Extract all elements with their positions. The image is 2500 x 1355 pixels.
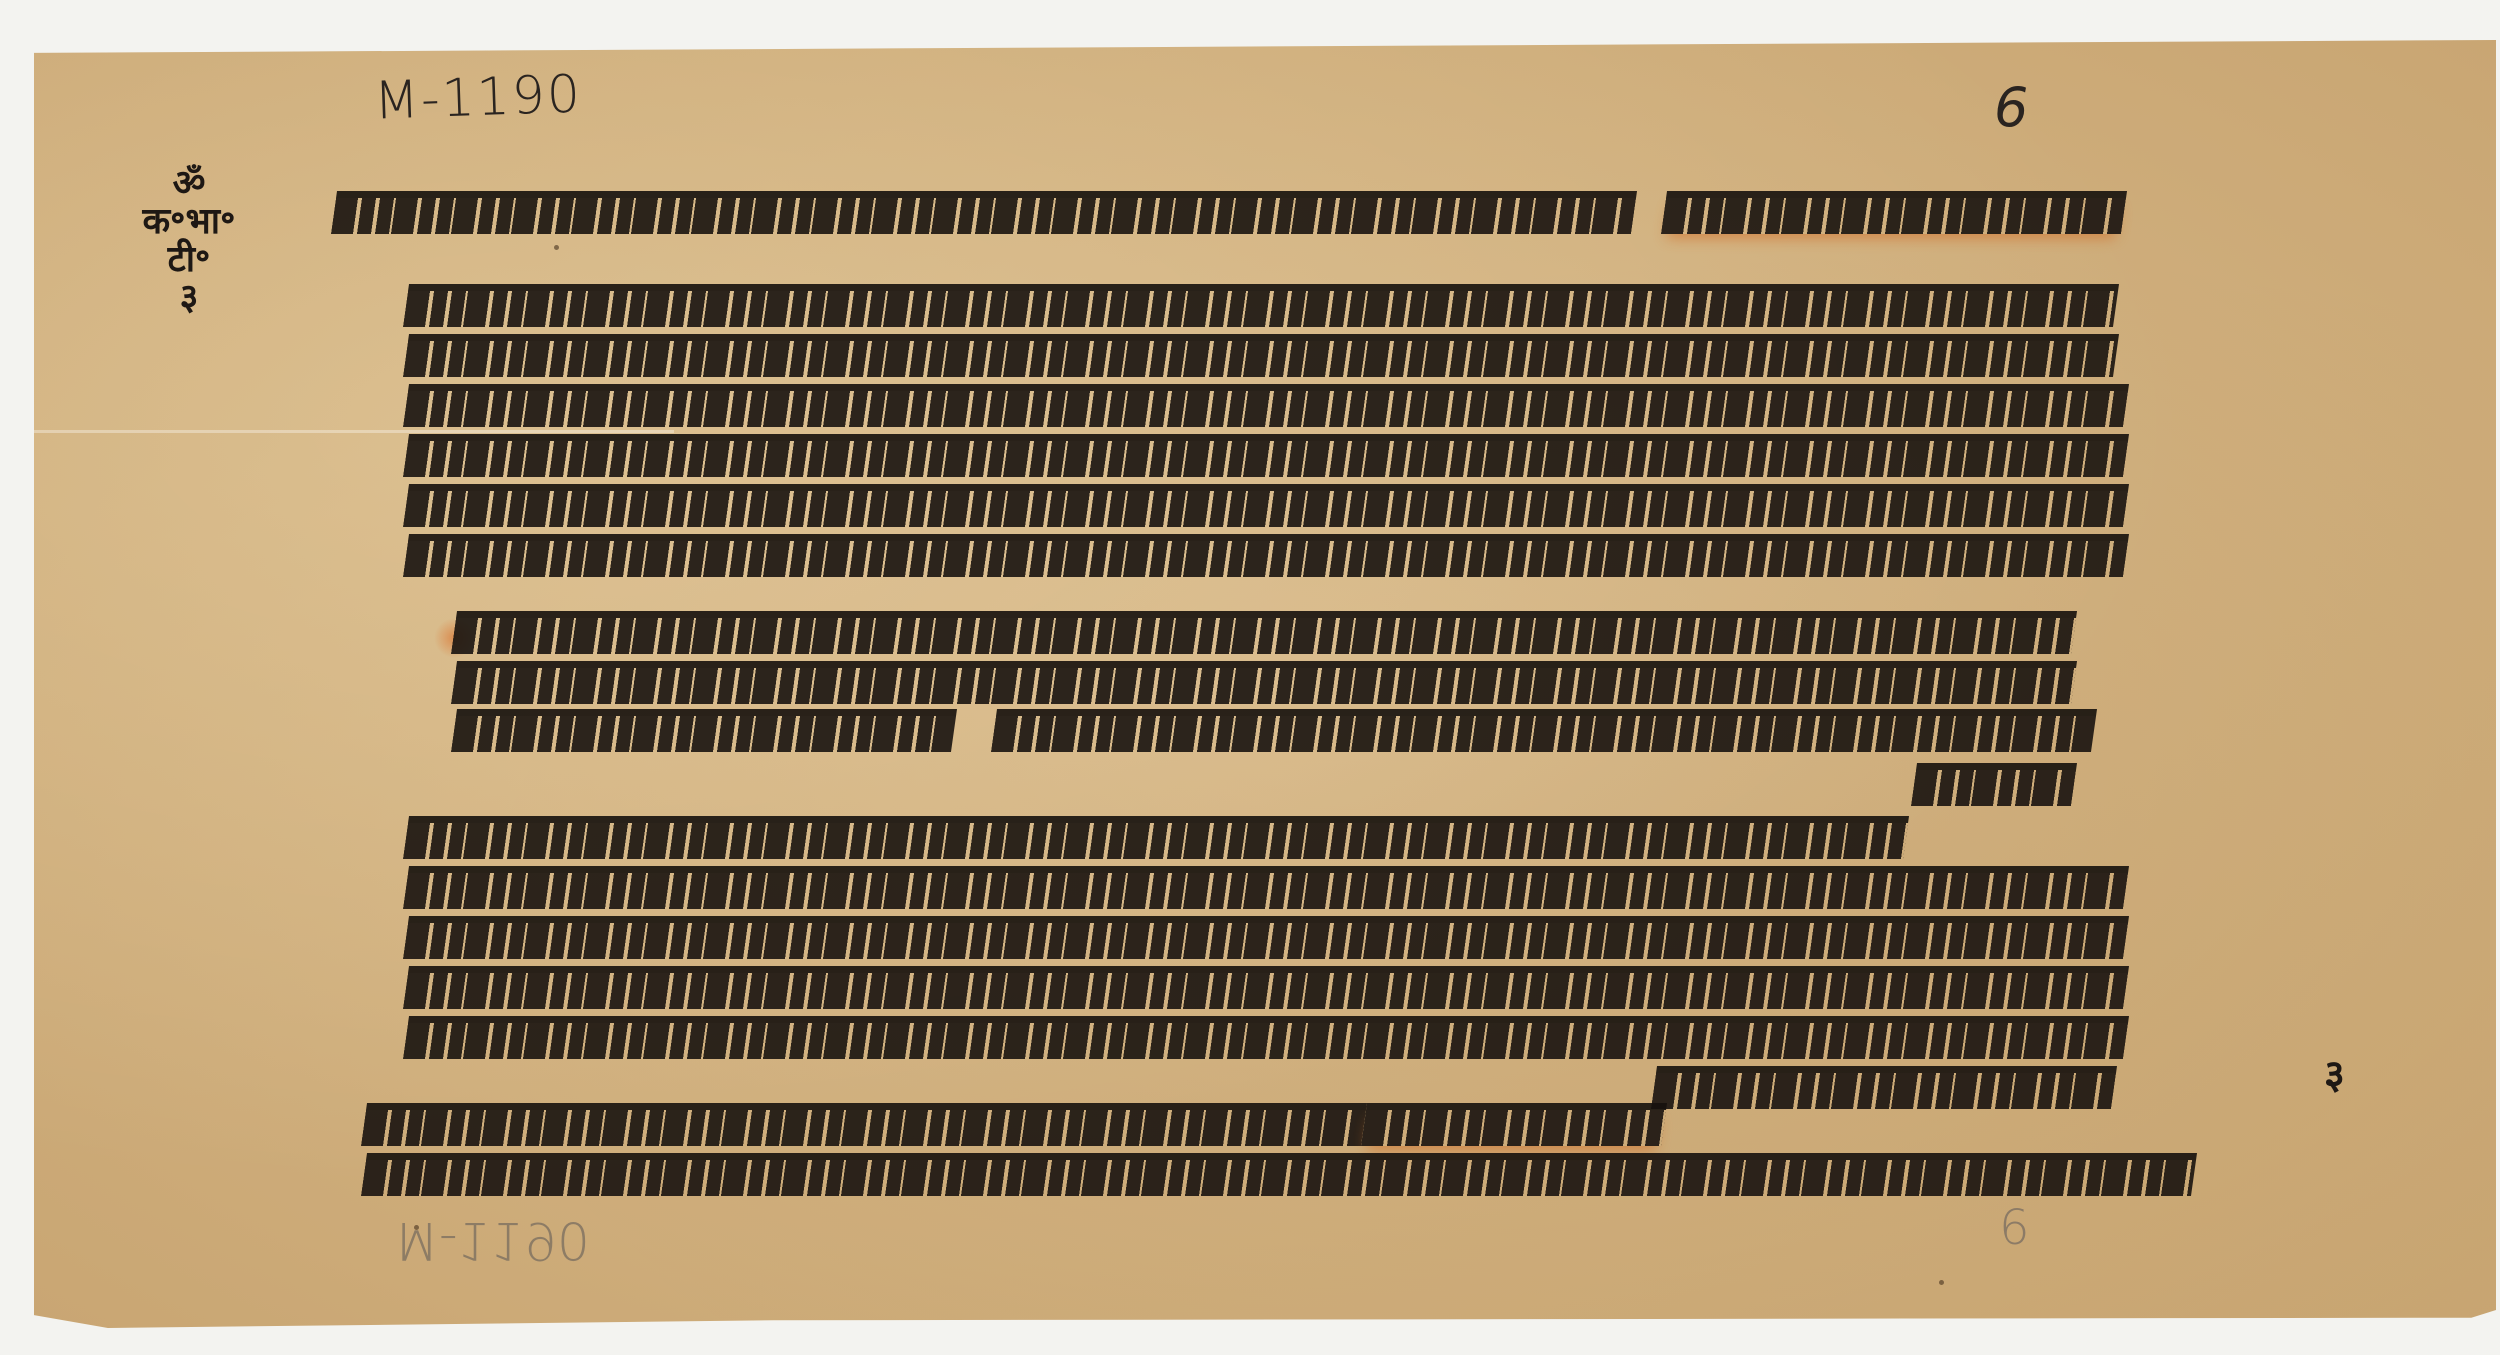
text-line: सर्वममसन्तिस्यात्तथापि तद्दयिकप्रसादनार्… [406,433,2126,477]
text-line: हीनमन्युर्विगतरोषश्च गौतमो मम पिता माभिम… [406,815,1906,859]
manuscript-folio: M-1190 6 M-1190 6 ३ ॐ क॰भा॰ टी॰ ३ प्रेत्… [34,40,2496,1328]
shelfmark-annotation: M-1190 [373,64,583,131]
text-line: मध्यप्रात्ततस्थापमामनुव्यायाणाः द्वयोः प… [364,1152,2194,1196]
pencil-folio-number: 6 [1999,1200,2030,1256]
text-line: तिस्रो रात्रीर्यदवात्सीर्गृहे मेनश्ननब्र… [454,610,2074,654]
text-line: नायविशेषान्प्राप्यथ मतो नचिकेताह्या दयि … [406,483,2126,527]
margin-label-line: ॐ [129,165,249,203]
left-margin-label: ॐ क॰भा॰ टी॰ ३ [129,165,249,317]
text-line: न्नयाणां हवरानीष्व शान्तसंकल्पः सुमना यथ… [454,660,2074,704]
margin-label-line: ३ [129,279,249,317]
text-line: स्तात्पूर्वमासीन्त्वद्दमबीतनापितस्तवमतित… [406,965,2126,1009]
text-line-right: लप्सन्नमनाः शयितासमः [1654,1065,2114,1109]
margin-label-line: टी॰ [129,241,249,279]
text-line: एवमुक्तो मृत्युरुवाच नचिकेतसमनुपगम्य तृण… [406,283,2116,327]
margin-label-line: क॰भा॰ [129,203,249,241]
right-margin-mark: ३ [2324,1045,2345,1100]
text-line: लकिरिनितदितः सावैप्यात्या तो प्रमार्थेव्… [364,1102,1664,1146]
text-line: मितमं प्राप्य किं न करिष्यति मम यन्न इति… [406,533,2126,577]
text-line: प्रेत्यामृतो यम भावना नवा लोकनीय इति मन्… [334,190,2124,234]
pencil-shelfmark-inverted: M-1190 [394,1210,590,1270]
text-line: नीनहे न्नयाणां प्रथमं वरं वृणे यथापुरस्त… [454,708,2094,752]
text-line: नवानसि परद्दे मेममान यन्ने दृद्यत्वन्नति… [406,333,2116,377]
text-line: एतत्प्रयोजनत्रयाणां वराणां प्रथमं माद्यय… [406,915,2126,959]
text-line: स्वस्तिमिमर्द्दे मे स्वस्तनस्मा द्वतोनिर… [406,383,2126,427]
folio-number: 6 [1994,76,2028,139]
text-line: उद्दालक एव औद्दालकिरारुणिस्तापनमारुणिर्म… [406,1015,2126,1059]
text-line: केप्रेषितस्मद्दे प्रतिमाम भिवदेत प्रतीतो… [406,865,2126,909]
text-line-right: शयिता [1914,762,2074,806]
